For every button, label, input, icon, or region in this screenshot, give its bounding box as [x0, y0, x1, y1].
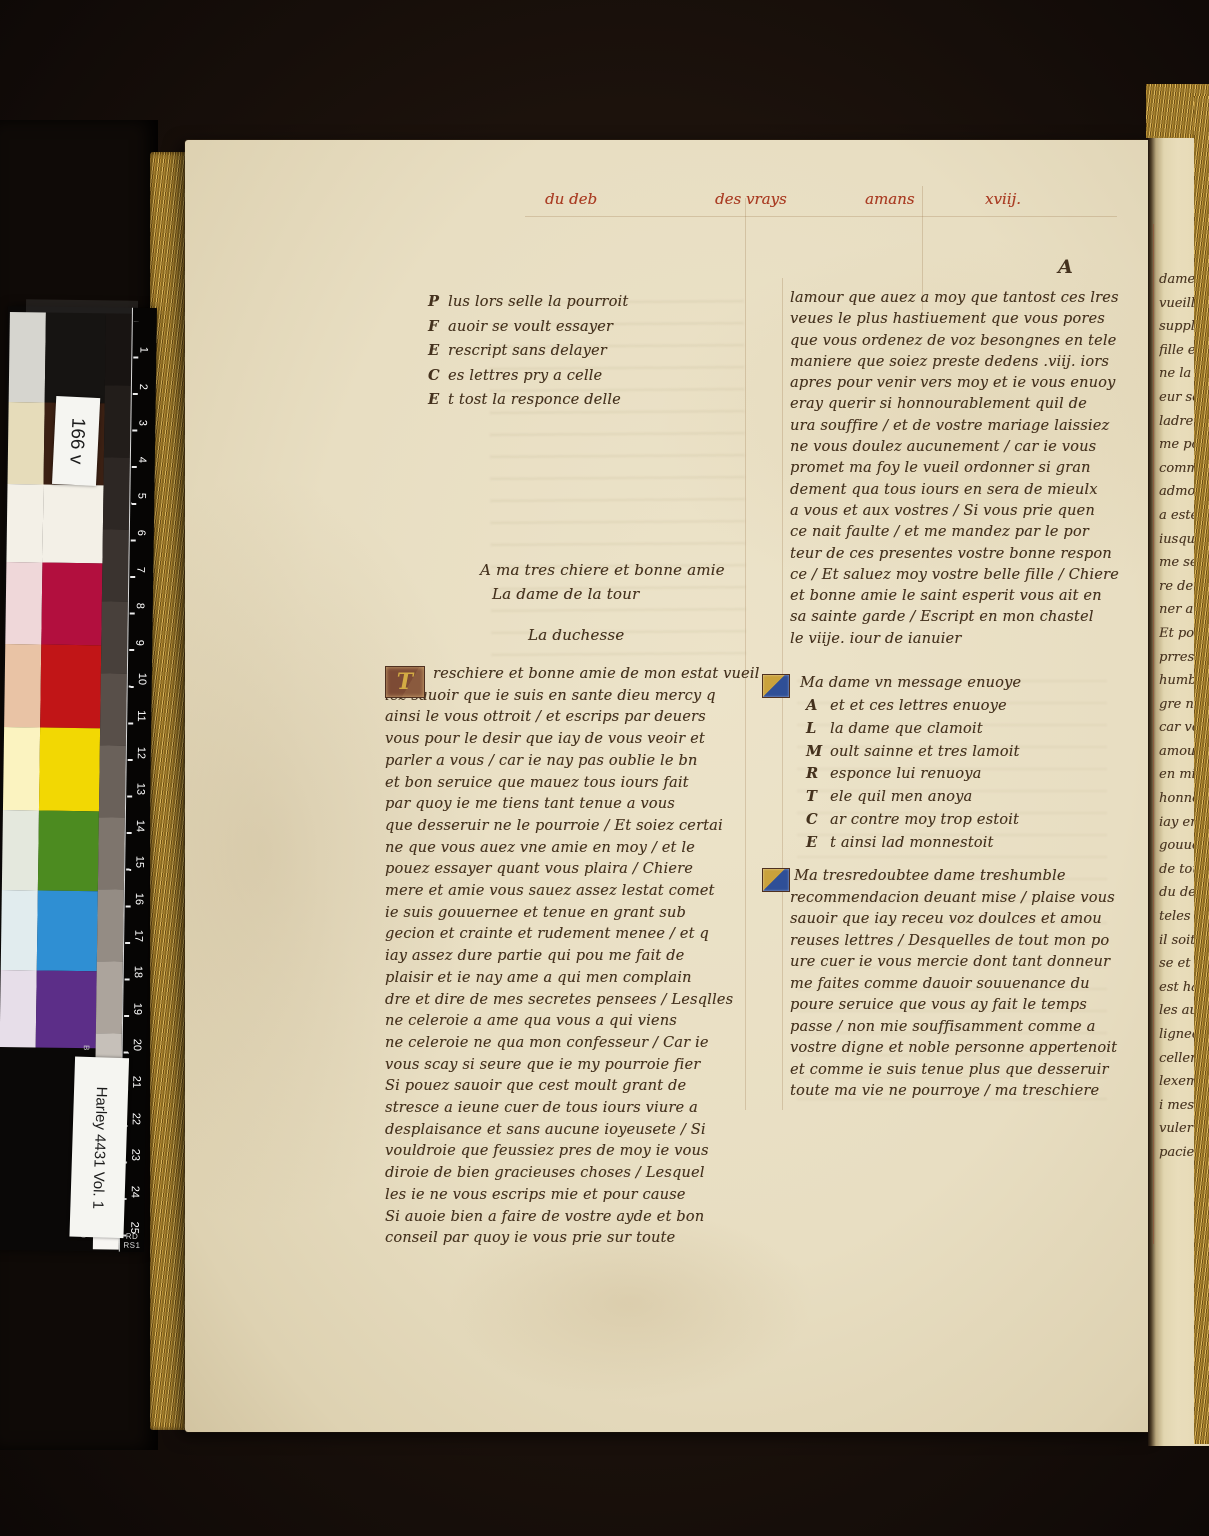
manuscript-line: lamour que auez a moy que tantost ces lr… — [790, 288, 1130, 309]
patch-row — [6, 484, 103, 563]
patch-row — [9, 312, 106, 403]
manuscript-line: iay assez dure partie qui pou me fait de — [385, 946, 753, 968]
gray-step — [102, 529, 129, 601]
manuscript-line: teur de ces presentes vostre bonne respo… — [790, 544, 1130, 565]
pale-color-patch — [9, 312, 46, 402]
address-rubric: A ma tres chiere et bonne amieLa dame de… — [480, 558, 725, 606]
color-calibration-strip: 1234567891011121314151617181920212223242… — [0, 306, 156, 1252]
sender-rubric: La duchesse — [528, 626, 624, 644]
verse-line: M oult sainne et tres lamoit — [790, 741, 1130, 764]
rubric-line: A ma tres chiere et bonne amie — [480, 558, 725, 582]
ruler-number: 18 — [132, 966, 144, 978]
manuscript-line: desplaisance et sans aucune ioyeusete / … — [385, 1120, 753, 1142]
manuscript-line: promet ma foy le vueil ordonner si gran — [790, 458, 1130, 479]
manuscript-line: pouez essayer quant vous plaira / Chiere — [385, 859, 753, 881]
verse-initial: E — [428, 339, 448, 364]
manuscript-line: ce / Et saluez moy vostre belle fille / … — [790, 565, 1130, 586]
verse-text: rescript sans delayer — [448, 339, 607, 364]
verse-line: E t tost la responce delle — [428, 388, 753, 413]
verse-text: t ainsi lad monnestoit — [830, 832, 994, 855]
left-text-column: P lus lors selle la pourroit F auoir se … — [385, 290, 753, 413]
gray-step — [101, 601, 128, 673]
manuscript-line: ne celeroie a ame qua vous a qui viens — [385, 1011, 753, 1033]
manuscript-line: vostre digne et noble personne apperteno… — [790, 1038, 1130, 1060]
manuscript-line: et bon seruice que mauez tous iours fait — [385, 773, 753, 795]
vivid-color-patch — [40, 644, 101, 728]
manuscript-line: que vous ordenez de voz besongnes en tel… — [790, 331, 1130, 352]
verse-first-line: Ma dame vn message enuoye — [790, 672, 1130, 695]
verse-line: P lus lors selle la pourroit — [428, 290, 753, 315]
manuscript-line: parler a vous / car ie nay pas oublie le… — [385, 751, 753, 773]
verse-line: A et et ces lettres enuoye — [790, 695, 1130, 718]
header-ruling-line — [525, 216, 1117, 217]
letter-paragraph-right: lamour que auez a moy que tantost ces lr… — [790, 288, 1130, 650]
manuscript-line: ne que vous auez vne amie en moy / et le — [385, 838, 753, 860]
verse-text: t tost la responce delle — [448, 388, 621, 413]
gray-step — [99, 745, 126, 817]
reply-paragraph: Ma tresredoubtee dame treshumblerecommen… — [790, 866, 1130, 1103]
vivid-color-patch — [37, 890, 98, 971]
verse-text: auoir se voult essayer — [448, 315, 613, 340]
ruler-number: 17 — [132, 929, 144, 941]
manuscript-line: reschiere et bonne amie de mon estat vue… — [385, 664, 753, 686]
vivid-color-patch — [38, 810, 99, 891]
verse-block-right: Ma dame vn message enuoye A et et ces le… — [790, 672, 1130, 855]
pale-color-patch — [0, 970, 37, 1047]
gray-step — [96, 961, 123, 1033]
patch-row — [4, 644, 101, 728]
ruler-number: 14 — [134, 819, 146, 831]
pale-color-patch — [4, 644, 41, 727]
verse-line: R esponce lui renuoya — [790, 763, 1130, 786]
manuscript-line: par quoy ie me tiens tant tenue a vous — [385, 794, 753, 816]
ruler-number: 15 — [133, 856, 145, 868]
manuscript-line: eray querir si honnourablement quil de — [790, 394, 1130, 415]
manuscript-line: stresce a ieune cuer de tous iours viure… — [385, 1098, 753, 1120]
running-header-word: amans — [865, 190, 914, 208]
manuscript-line: Si auoie bien a faire de vostre ayde et … — [385, 1207, 753, 1229]
illuminated-initial: T — [385, 666, 425, 698]
photograph-stage: du debdes vraysamansxviij. P lus lors se… — [0, 0, 1209, 1536]
pale-color-patch — [6, 484, 43, 562]
ruler-number: 10 — [136, 673, 148, 685]
running-header-word: des vrays — [715, 190, 787, 208]
verse-line: E t ainsi lad monnestoit — [790, 832, 1130, 855]
manuscript-line: a vous et aux vostres / Si vous prie que… — [790, 501, 1130, 522]
ruler-number: 19 — [131, 1002, 143, 1014]
vivid-color-patch — [39, 727, 100, 811]
manuscript-line: dre et dire de mes secretes pensees / Le… — [385, 990, 753, 1012]
manuscript-line: les ie ne vous escrips mie et pour cause — [385, 1185, 753, 1207]
manuscript-line: lez sauoir que ie suis en sante dieu mer… — [385, 686, 753, 708]
pale-color-patch — [1, 890, 38, 970]
verse-initial: T — [806, 786, 830, 809]
verse-initial: M — [806, 741, 830, 764]
facing-ruling-line — [1153, 224, 1154, 1244]
folio-label: 166 v — [64, 417, 88, 465]
manuscript-line: et bonne amie le saint esperit vous ait … — [790, 586, 1130, 607]
gray-step — [98, 817, 125, 889]
manuscript-line: passe / non mie souffisamment comme a — [790, 1017, 1130, 1039]
manuscript-line: sa sainte garde / Escript en mon chastel — [790, 607, 1130, 628]
ruler-number: 5 — [135, 493, 147, 499]
verse-initial: A — [806, 695, 830, 718]
verse-line: C es lettres pry a celle — [428, 364, 753, 389]
manuscript-line: Si pouez sauoir que cest moult grant de — [385, 1076, 753, 1098]
manuscript-line: toute ma vie ne pourroye / ma treschiere — [790, 1081, 1130, 1103]
vivid-color-patch — [45, 313, 106, 404]
pale-color-patch — [3, 727, 40, 810]
patch-row — [3, 727, 100, 811]
verse-line: E rescript sans delayer — [428, 339, 753, 364]
manuscript-line: ura souffire / et de vostre mariage lais… — [790, 416, 1130, 437]
manuscript-page: du debdes vraysamansxviij. P lus lors se… — [185, 140, 1153, 1432]
patch-row — [2, 810, 99, 891]
manuscript-line: apres pour venir vers moy et ie vous enu… — [790, 373, 1130, 394]
gray-step — [103, 457, 130, 529]
manuscript-line: vouldroie que feussiez pres de moy ie vo… — [385, 1141, 753, 1163]
manuscript-line: dement qua tous iours en sera de mieulx — [790, 480, 1130, 501]
ruler-number: 24 — [129, 1185, 141, 1197]
verse-text: la dame que clamoit — [830, 718, 983, 741]
manuscript-line: vous pour le desir que iay de vous veoir… — [385, 729, 753, 751]
ruler-number: 3 — [136, 420, 148, 426]
ruler-number: 13 — [134, 783, 146, 795]
manuscript-line: ie suis gouuernee et tenue en grant sub — [385, 903, 753, 925]
manuscript-line: diroie de bien gracieuses choses / Lesqu… — [385, 1163, 753, 1185]
verse-initial: C — [428, 364, 448, 389]
ruler-number: 20 — [131, 1039, 143, 1051]
verse-text: ar contre moy trop estoit — [830, 809, 1019, 832]
ruler-number: 11 — [135, 710, 147, 722]
illuminated-paraph — [762, 868, 790, 892]
manuscript-line: ainsi le vous ottroit / et escrips par d… — [385, 707, 753, 729]
running-header-word: du deb — [545, 190, 597, 208]
manuscript-line: le viije. iour de ianuier — [790, 629, 1130, 650]
pale-color-patch — [8, 402, 45, 484]
manuscript-line: sauoir que iay receu voz doulces et amou — [790, 909, 1130, 931]
folio-label-sticker: 166 v — [52, 396, 100, 486]
gray-step — [100, 673, 127, 745]
ruler-number: 2 — [137, 383, 149, 389]
ruler-number: 8 — [134, 603, 146, 609]
running-header: du debdes vraysamansxviij. — [185, 190, 1153, 214]
ruler-number: 1 — [137, 347, 149, 353]
verse-line: F auoir se voult essayer — [428, 315, 753, 340]
rubric-line: La dame de la tour — [492, 582, 725, 606]
verse-initial: L — [806, 718, 830, 741]
shelfmark-label: Harley 4431 Vol. 1 — [89, 1086, 110, 1209]
ruler-number: 4 — [136, 457, 148, 463]
verse-line: L la dame que clamoit — [790, 718, 1130, 741]
manuscript-line: recommendacion deuant mise / plaise vous — [790, 888, 1130, 910]
strip-mark-b: B — [82, 1045, 91, 1050]
verse-text: lus lors selle la pourroit — [448, 290, 628, 315]
manuscript-line: mere et amie vous sauez assez lestat com… — [385, 881, 753, 903]
ruler-number: 16 — [133, 893, 145, 905]
ruler-number: 22 — [130, 1112, 142, 1124]
manuscript-line: vous scay si seure que ie my pourroie fi… — [385, 1055, 753, 1077]
ruler-number: 9 — [133, 640, 145, 646]
patch-row — [5, 562, 102, 645]
verse-text: ele quil men anoya — [830, 786, 972, 809]
verse-initial: C — [806, 809, 830, 832]
manuscript-line: Ma tresredoubtee dame treshumble — [790, 866, 1130, 888]
verse-text: esponce lui renuoya — [830, 763, 981, 786]
letter-paragraph-left: T reschiere et bonne amie de mon estat v… — [385, 664, 753, 1250]
gray-step — [104, 385, 131, 457]
insertion-mark: A — [1058, 256, 1073, 278]
vivid-color-patch — [41, 563, 102, 646]
manuscript-line: poure seruice que vous ay fait le temps — [790, 995, 1130, 1017]
shelfmark-sticker: Harley 4431 Vol. 1 — [69, 1057, 129, 1239]
manuscript-line: ure cuer ie vous mercie dont tant donneu… — [790, 952, 1130, 974]
ruler-number: 12 — [135, 746, 147, 758]
manuscript-line: conseil par quoy ie vous prie sur toute — [385, 1228, 753, 1250]
vivid-color-patch — [36, 970, 97, 1048]
manuscript-line: reuses lettres / Desquelles de tout mon … — [790, 931, 1130, 953]
manuscript-line: ne vous doulez aucunement / car ie vous — [790, 437, 1130, 458]
verse-list: P lus lors selle la pourroit F auoir se … — [428, 290, 753, 413]
patch-row — [1, 890, 98, 971]
vivid-color-patch — [42, 485, 103, 564]
verse-initial: E — [428, 388, 448, 413]
manuscript-line: ce nait faulte / et me mandez par le por — [790, 522, 1130, 543]
verse-text: es lettres pry a celle — [448, 364, 602, 389]
pale-color-patch — [2, 810, 39, 890]
manuscript-line: gecion et crainte et rudement menee / et… — [385, 924, 753, 946]
verse-initial: F — [428, 315, 448, 340]
verse-text: oult sainne et tres lamoit — [830, 741, 1020, 764]
gilt-fore-edge-right — [1194, 96, 1209, 1444]
manuscript-line: me faites comme dauoir souuenance du — [790, 974, 1130, 996]
ruler-number: 21 — [130, 1076, 142, 1088]
gray-step — [97, 889, 124, 961]
running-header-word: xviij. — [985, 190, 1021, 208]
pale-color-patch — [5, 562, 42, 644]
verse-initial: P — [428, 290, 448, 315]
ruler-number: 6 — [135, 530, 147, 536]
manuscript-line: veues le plus hastiuement que vous pores — [790, 309, 1130, 330]
ruler-number: 7 — [134, 566, 146, 572]
verse-text: et et ces lettres enuoye — [830, 695, 1007, 718]
gray-step — [105, 313, 132, 385]
manuscript-line: que desseruir ne le pourroie / Et soiez … — [385, 816, 753, 838]
manuscript-line: ne celeroie ne qua mon confesseur / Car … — [385, 1033, 753, 1055]
manuscript-line: plaisir et ie nay ame a qui men complain — [385, 968, 753, 990]
verse-line: C ar contre moy trop estoit — [790, 809, 1130, 832]
manuscript-line: et comme ie suis tenue plus que desserui… — [790, 1060, 1130, 1082]
verse-initial: R — [806, 763, 830, 786]
ruler-number: 23 — [129, 1149, 141, 1161]
verse-line: T ele quil men anoya — [790, 786, 1130, 809]
manuscript-line: maniere que soiez preste dedens .viij. i… — [790, 352, 1130, 373]
patch-row — [0, 970, 97, 1048]
verse-initial: E — [806, 832, 830, 855]
illuminated-paraph — [762, 674, 790, 698]
